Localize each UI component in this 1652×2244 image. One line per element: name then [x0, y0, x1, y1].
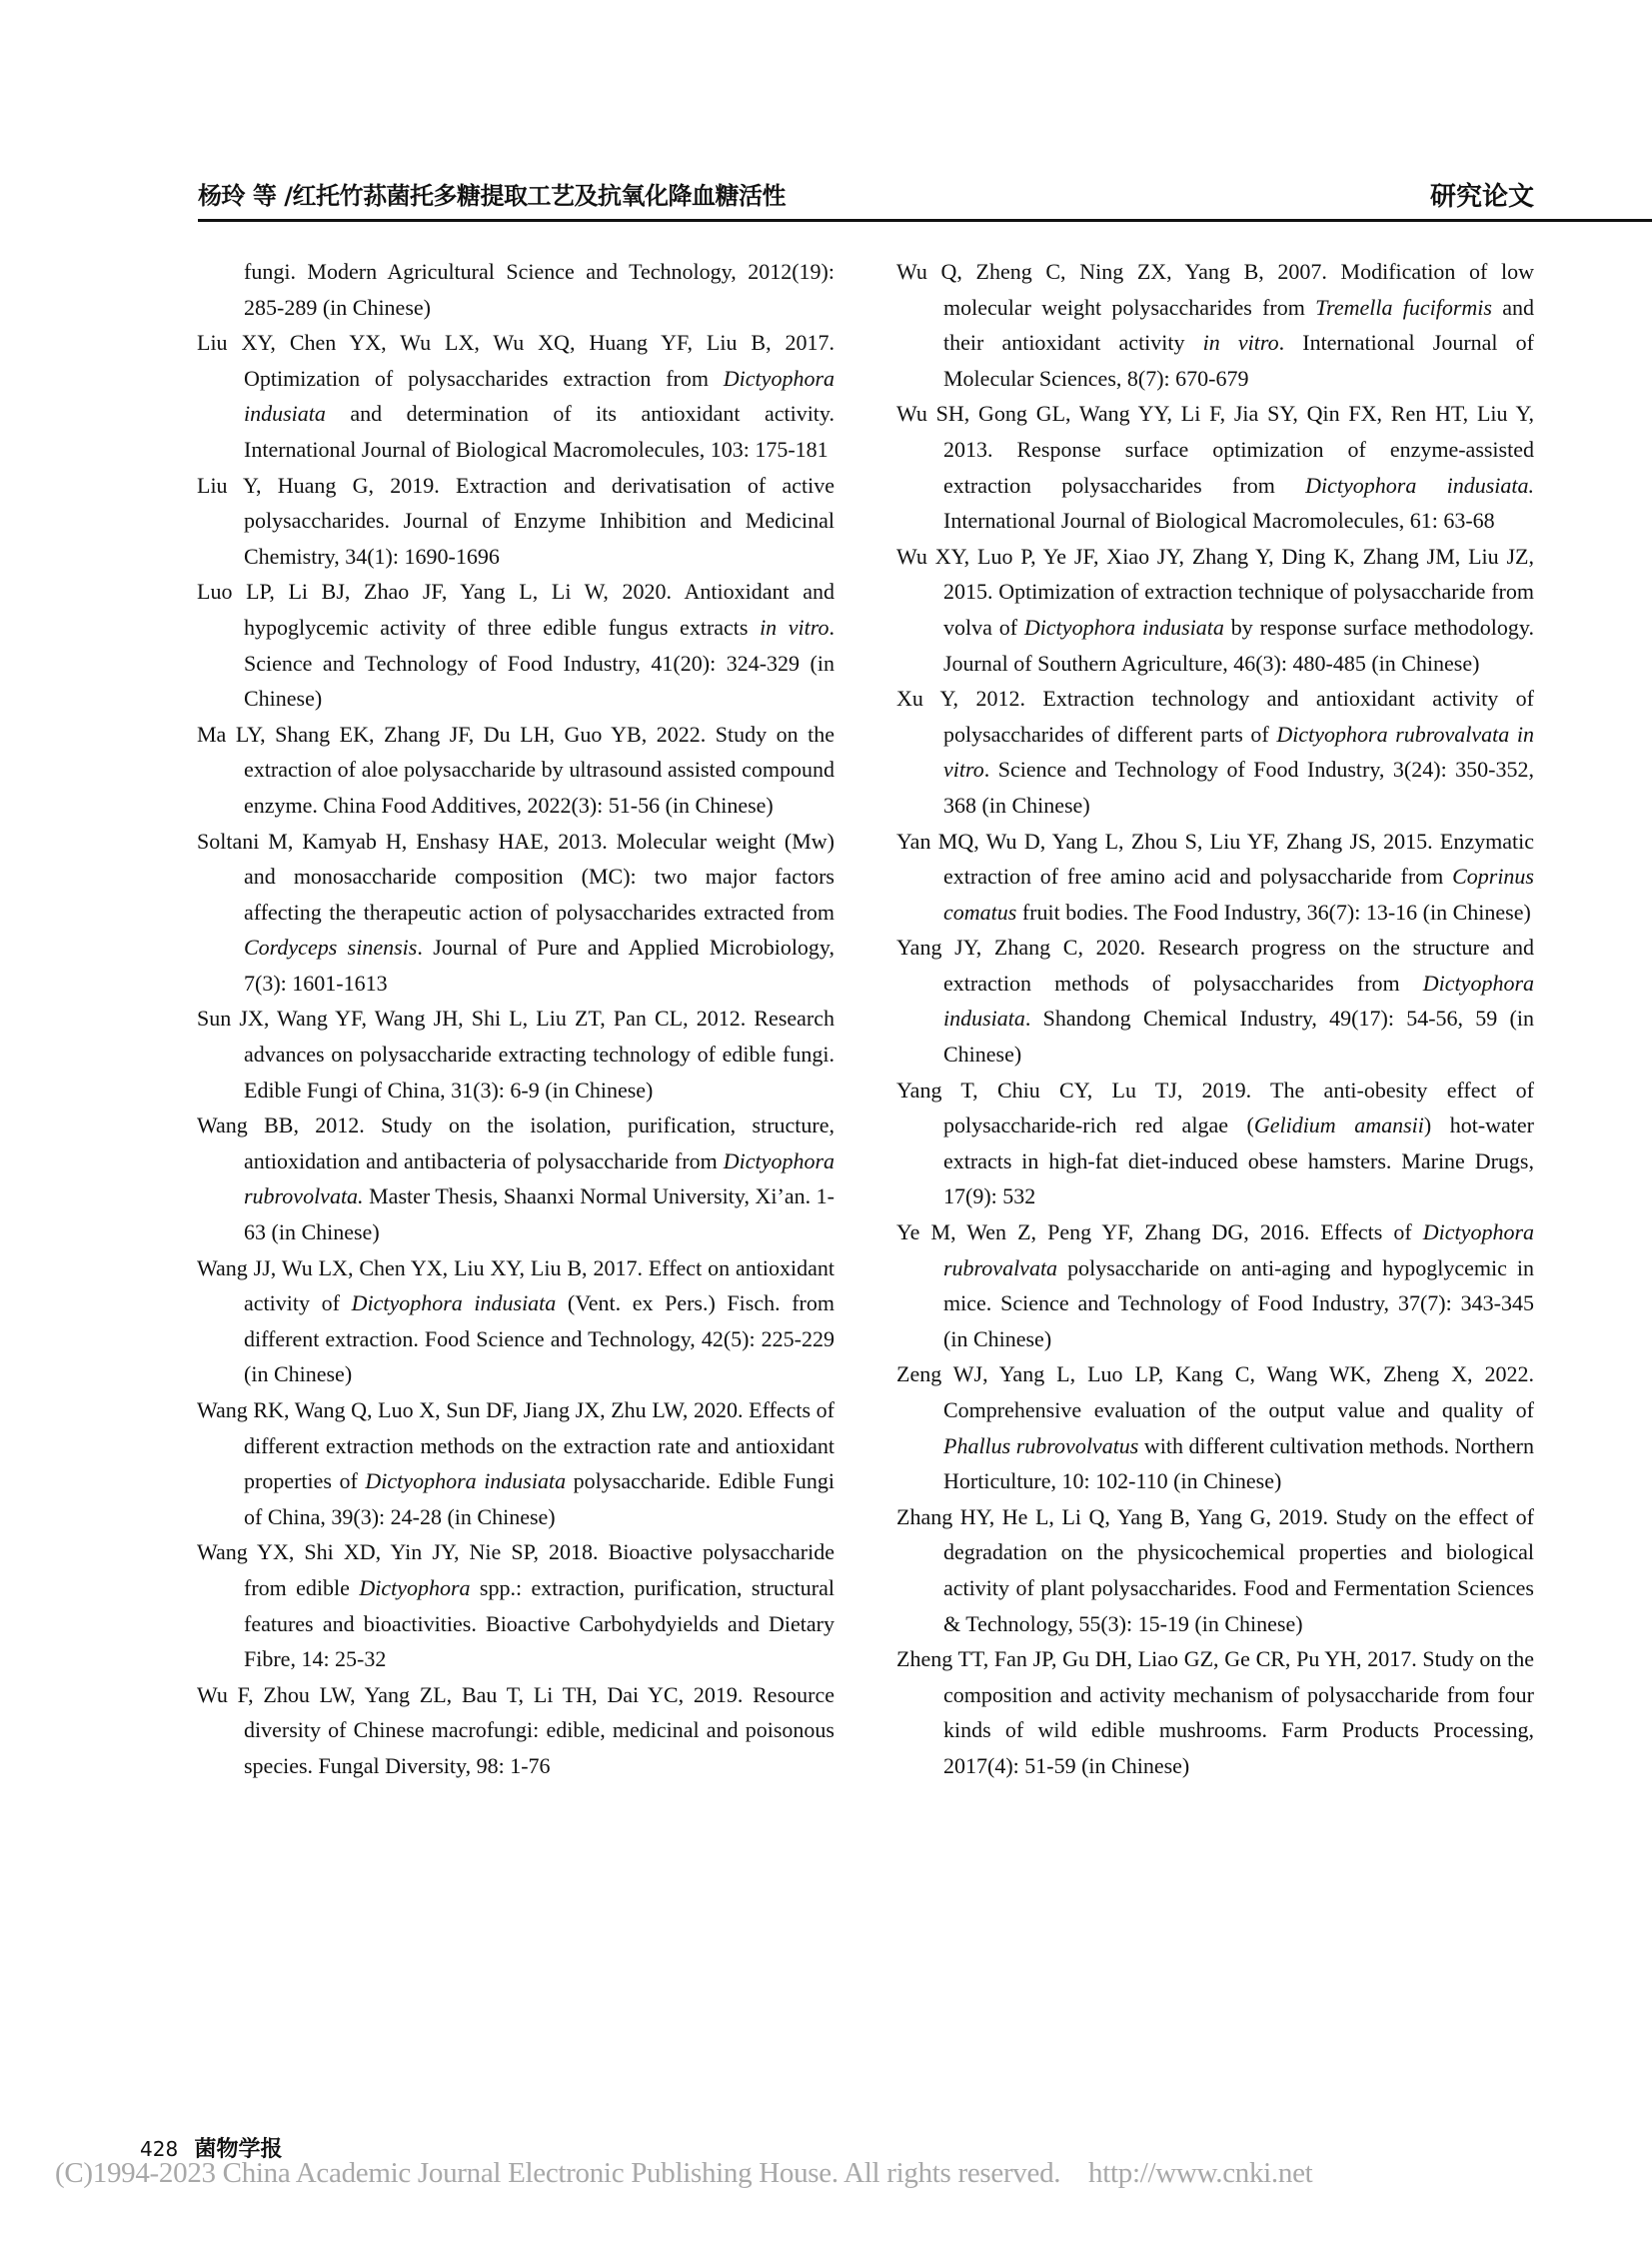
reference-entry: Wu F, Zhou LW, Yang ZL, Bau T, Li TH, Da…	[197, 1677, 834, 1784]
reference-entry: Xu Y, 2012. Extraction technology and an…	[896, 681, 1534, 823]
reference-entry: Wu XY, Luo P, Ye JF, Xiao JY, Zhang Y, D…	[896, 539, 1534, 681]
header-rule	[198, 219, 1652, 222]
reference-entry: Wang YX, Shi XD, Yin JY, Nie SP, 2018. B…	[197, 1534, 834, 1676]
reference-text: Sun JX, Wang YF, Wang JH, Shi L, Liu ZT,…	[197, 1006, 834, 1102]
references-left-column: fungi. Modern Agricultural Science and T…	[197, 254, 834, 1784]
reference-text: Zhang HY, He L, Li Q, Yang B, Yang G, 20…	[896, 1504, 1534, 1636]
reference-entry: Zheng TT, Fan JP, Gu DH, Liao GZ, Ge CR,…	[896, 1641, 1534, 1783]
reference-entry: Yang JY, Zhang C, 2020. Research progres…	[896, 930, 1534, 1072]
running-header-title: 杨玲 等 /红托竹荪菌托多糖提取工艺及抗氧化降血糖活性	[198, 176, 786, 211]
reference-text: Zheng TT, Fan JP, Gu DH, Liao GZ, Ge CR,…	[896, 1646, 1534, 1778]
reference-text: Liu Y, Huang G, 2019. Extraction and der…	[197, 473, 834, 569]
reference-italic-text: in vitro	[760, 615, 828, 640]
reference-italic-text: Dictyophora	[359, 1575, 470, 1600]
reference-entry: Wang RK, Wang Q, Luo X, Sun DF, Jiang JX…	[197, 1392, 834, 1534]
reference-text: Soltani M, Kamyab H, Enshasy HAE, 2013. …	[197, 829, 834, 925]
reference-entry: Liu Y, Huang G, 2019. Extraction and der…	[197, 468, 834, 575]
reference-text: Yan MQ, Wu D, Yang L, Zhou S, Liu YF, Zh…	[896, 829, 1534, 890]
reference-entry: Zeng WJ, Yang L, Luo LP, Kang C, Wang WK…	[896, 1356, 1534, 1498]
reference-italic-text: Gelidium amansii	[1254, 1113, 1424, 1137]
reference-italic-text: in vitro	[1203, 330, 1279, 355]
reference-text: fungi. Modern Agricultural Science and T…	[244, 259, 834, 320]
reference-text: Luo LP, Li BJ, Zhao JF, Yang L, Li W, 20…	[197, 579, 834, 640]
reference-entry: Yan MQ, Wu D, Yang L, Zhou S, Liu YF, Zh…	[896, 824, 1534, 931]
reference-italic-text: Dictyophora indusiata	[1024, 615, 1224, 640]
references-right-column: Wu Q, Zheng C, Ning ZX, Yang B, 2007. Mo…	[896, 254, 1534, 1784]
reference-text: Ma LY, Shang EK, Zhang JF, Du LH, Guo YB…	[197, 722, 834, 818]
reference-entry: Ye M, Wen Z, Peng YF, Zhang DG, 2016. Ef…	[896, 1214, 1534, 1356]
reference-text: . Science and Technology of Food Industr…	[943, 757, 1534, 818]
reference-text: and determination of its antioxidant act…	[244, 401, 834, 462]
reference-entry: Liu XY, Chen YX, Wu LX, Wu XQ, Huang YF,…	[197, 325, 834, 467]
reference-entry: Zhang HY, He L, Li Q, Yang B, Yang G, 20…	[896, 1499, 1534, 1641]
reference-text: Ye M, Wen Z, Peng YF, Zhang DG, 2016. Ef…	[896, 1219, 1423, 1244]
reference-entry: Wang JJ, Wu LX, Chen YX, Liu XY, Liu B, …	[197, 1250, 834, 1392]
reference-entry: Yang T, Chiu CY, Lu TJ, 2019. The anti-o…	[896, 1073, 1534, 1214]
reference-entry: Ma LY, Shang EK, Zhang JF, Du LH, Guo YB…	[197, 717, 834, 824]
reference-entry: Luo LP, Li BJ, Zhao JF, Yang L, Li W, 20…	[197, 574, 834, 716]
reference-entry: Wu SH, Gong GL, Wang YY, Li F, Jia SY, Q…	[896, 396, 1534, 538]
reference-text: Wu F, Zhou LW, Yang ZL, Bau T, Li TH, Da…	[197, 1682, 834, 1778]
copyright-watermark: (C)1994-2023 China Academic Journal Elec…	[55, 2157, 1312, 2190]
reference-italic-text: Dictyophora indusiata	[352, 1290, 557, 1315]
reference-italic-text: Tremella fuciformis	[1315, 295, 1492, 320]
reference-italic-text: Dictyophora indusiata.	[1305, 473, 1534, 498]
reference-entry: Soltani M, Kamyab H, Enshasy HAE, 2013. …	[197, 824, 834, 1002]
reference-entry: Wu Q, Zheng C, Ning ZX, Yang B, 2007. Mo…	[896, 254, 1534, 396]
reference-text: . Shandong Chemical Industry, 49(17): 54…	[943, 1006, 1534, 1067]
running-header: 杨玲 等 /红托竹荪菌托多糖提取工艺及抗氧化降血糖活性 研究论文	[198, 176, 1534, 216]
reference-text: International Journal of Biological Macr…	[943, 508, 1495, 533]
reference-italic-text: Phallus rubrovolvatus	[943, 1433, 1138, 1458]
reference-entry: fungi. Modern Agricultural Science and T…	[197, 254, 834, 325]
reference-entry: Sun JX, Wang YF, Wang JH, Shi L, Liu ZT,…	[197, 1001, 834, 1108]
reference-entry: Wang BB, 2012. Study on the isolation, p…	[197, 1108, 834, 1249]
reference-italic-text: Cordyceps sinensis	[244, 935, 417, 960]
reference-text: fruit bodies. The Food Industry, 36(7): …	[1016, 900, 1531, 925]
reference-text: Zeng WJ, Yang L, Luo LP, Kang C, Wang WK…	[896, 1361, 1534, 1422]
section-label: 研究论文	[1430, 176, 1534, 213]
reference-italic-text: Dictyophora indusiata	[365, 1468, 566, 1493]
